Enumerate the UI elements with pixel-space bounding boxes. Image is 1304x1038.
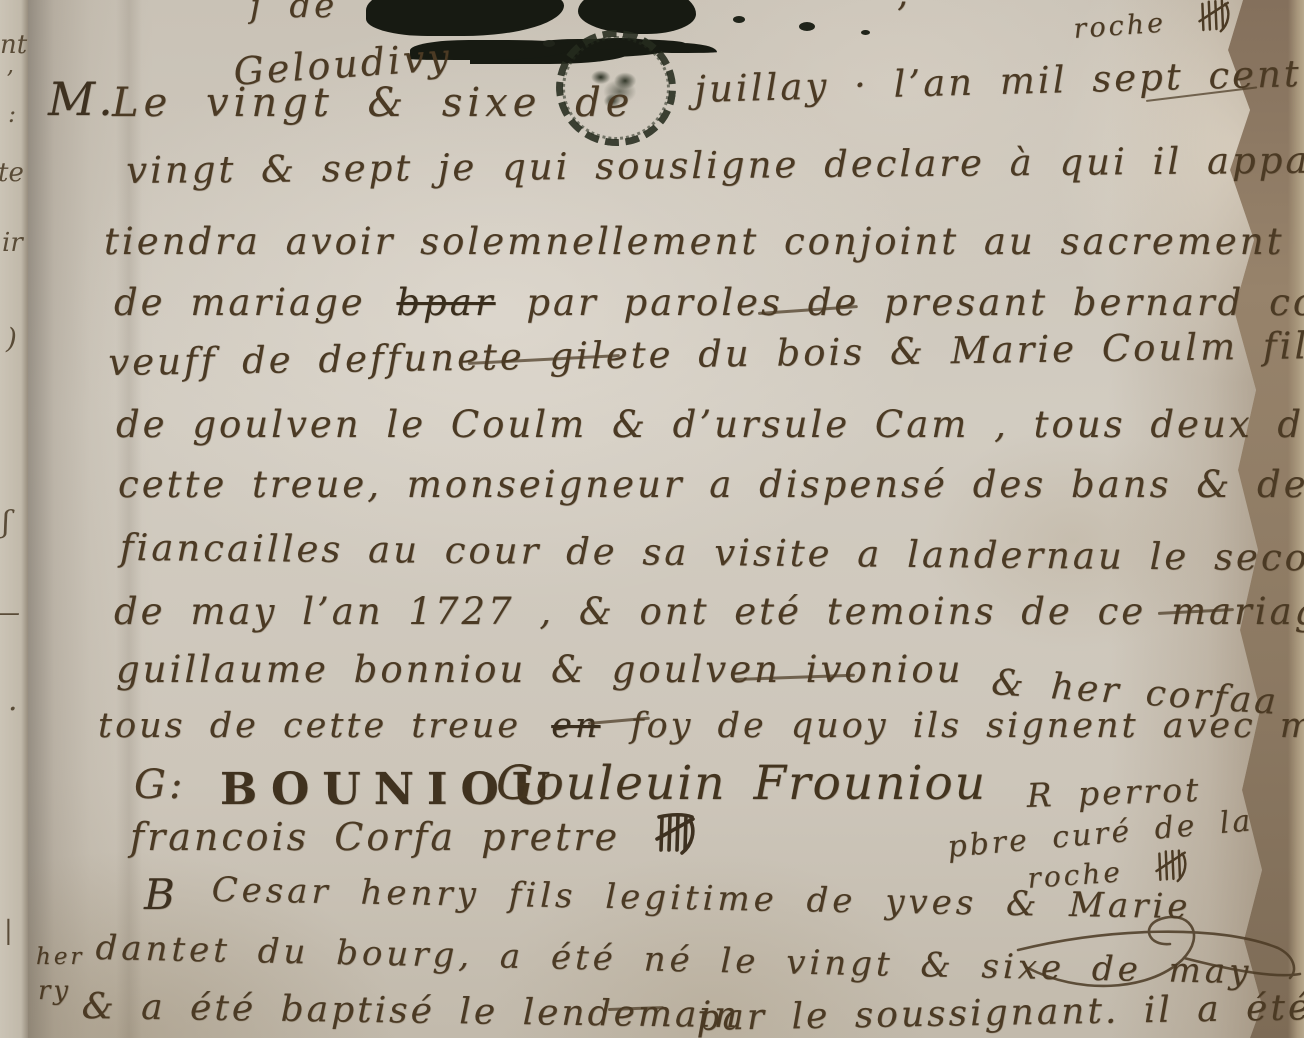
marriage-line-segment: tous de cette treue: [98, 706, 521, 746]
signature-text: francois Corfa pretre: [130, 815, 620, 859]
marriage-line: tiendra avoir solemnellement conjoint au…: [104, 220, 1285, 263]
marriage-line: guillaume bonniou & goulven ivoniou: [116, 648, 963, 691]
marriage-line: de mariage bpar par paroles de presant b…: [114, 281, 1304, 324]
ink-speck: [733, 16, 745, 23]
marriage-line: de may l’an 1727 , & ont eté temoins de …: [114, 590, 1304, 633]
facing-page-fragment: |: [4, 916, 13, 946]
baptism-margin-initial: B: [144, 870, 178, 919]
facing-page-fragment: ·: [8, 692, 18, 727]
marriage-line: cette treue, monseigneur a dispensé des …: [118, 463, 1304, 506]
struck-word: en: [551, 706, 600, 746]
facing-page-edge: nt ’ : te ir ) ʃ — · |: [0, 0, 30, 1038]
manuscript-scan: nt ’ : te ir ) ʃ — · | ſ de Geloudivy ’ …: [0, 0, 1304, 1038]
roche-label: roche: [1072, 8, 1167, 45]
baptism-margin-word: ry: [38, 976, 71, 1006]
tally-marks-icon: [1196, 0, 1232, 35]
facing-page-fragment: te: [0, 158, 24, 188]
tally-marks-icon: [655, 812, 695, 856]
facing-page-fragment: ’: [6, 66, 14, 94]
marriage-margin-initial: M.: [48, 72, 116, 126]
ink-speck: [861, 30, 870, 35]
marriage-line: de goulven le Coulm & d’ursule Cam , tou…: [116, 403, 1304, 446]
facing-page-fragment: ir: [2, 228, 23, 258]
ink-speck: [543, 40, 555, 47]
cutoff-text-fragment: ſ de: [250, 0, 337, 26]
marriage-line-segment: par paroles de presant bernard coeuffeur: [526, 281, 1304, 324]
facing-page-fragment: —: [0, 598, 20, 628]
ink-speck: [799, 22, 815, 31]
pen-tick-fragment: ’: [896, 0, 910, 37]
marriage-line: Le vingt & sixe de: [112, 80, 634, 126]
signature-corfa-pretre: francois Corfa pretre: [130, 812, 695, 859]
signature-perrot: R perrot: [1026, 770, 1202, 815]
marriage-line-segment: foy de quoy ils signent avec moy: [631, 706, 1304, 746]
facing-page-fragment: nt: [0, 30, 27, 60]
facing-page-fragment: :: [8, 100, 16, 128]
tally-marks-icon: [1153, 847, 1189, 885]
facing-page-fragment: ʃ: [2, 505, 10, 540]
signature-paraph: G:: [134, 762, 185, 808]
marriage-line-segment: de mariage: [114, 281, 366, 324]
facing-page-fragment: ): [6, 322, 17, 355]
struck-word: bpar: [396, 281, 495, 324]
pen-flourish-icon: [958, 896, 1302, 1038]
signature-gouleuin-frouniou: Gouleuin Frouniou: [496, 756, 987, 811]
baptism-margin-word: her: [36, 944, 84, 970]
marriage-line: tous de cette treue en foy de quoy ils s…: [98, 706, 1304, 746]
